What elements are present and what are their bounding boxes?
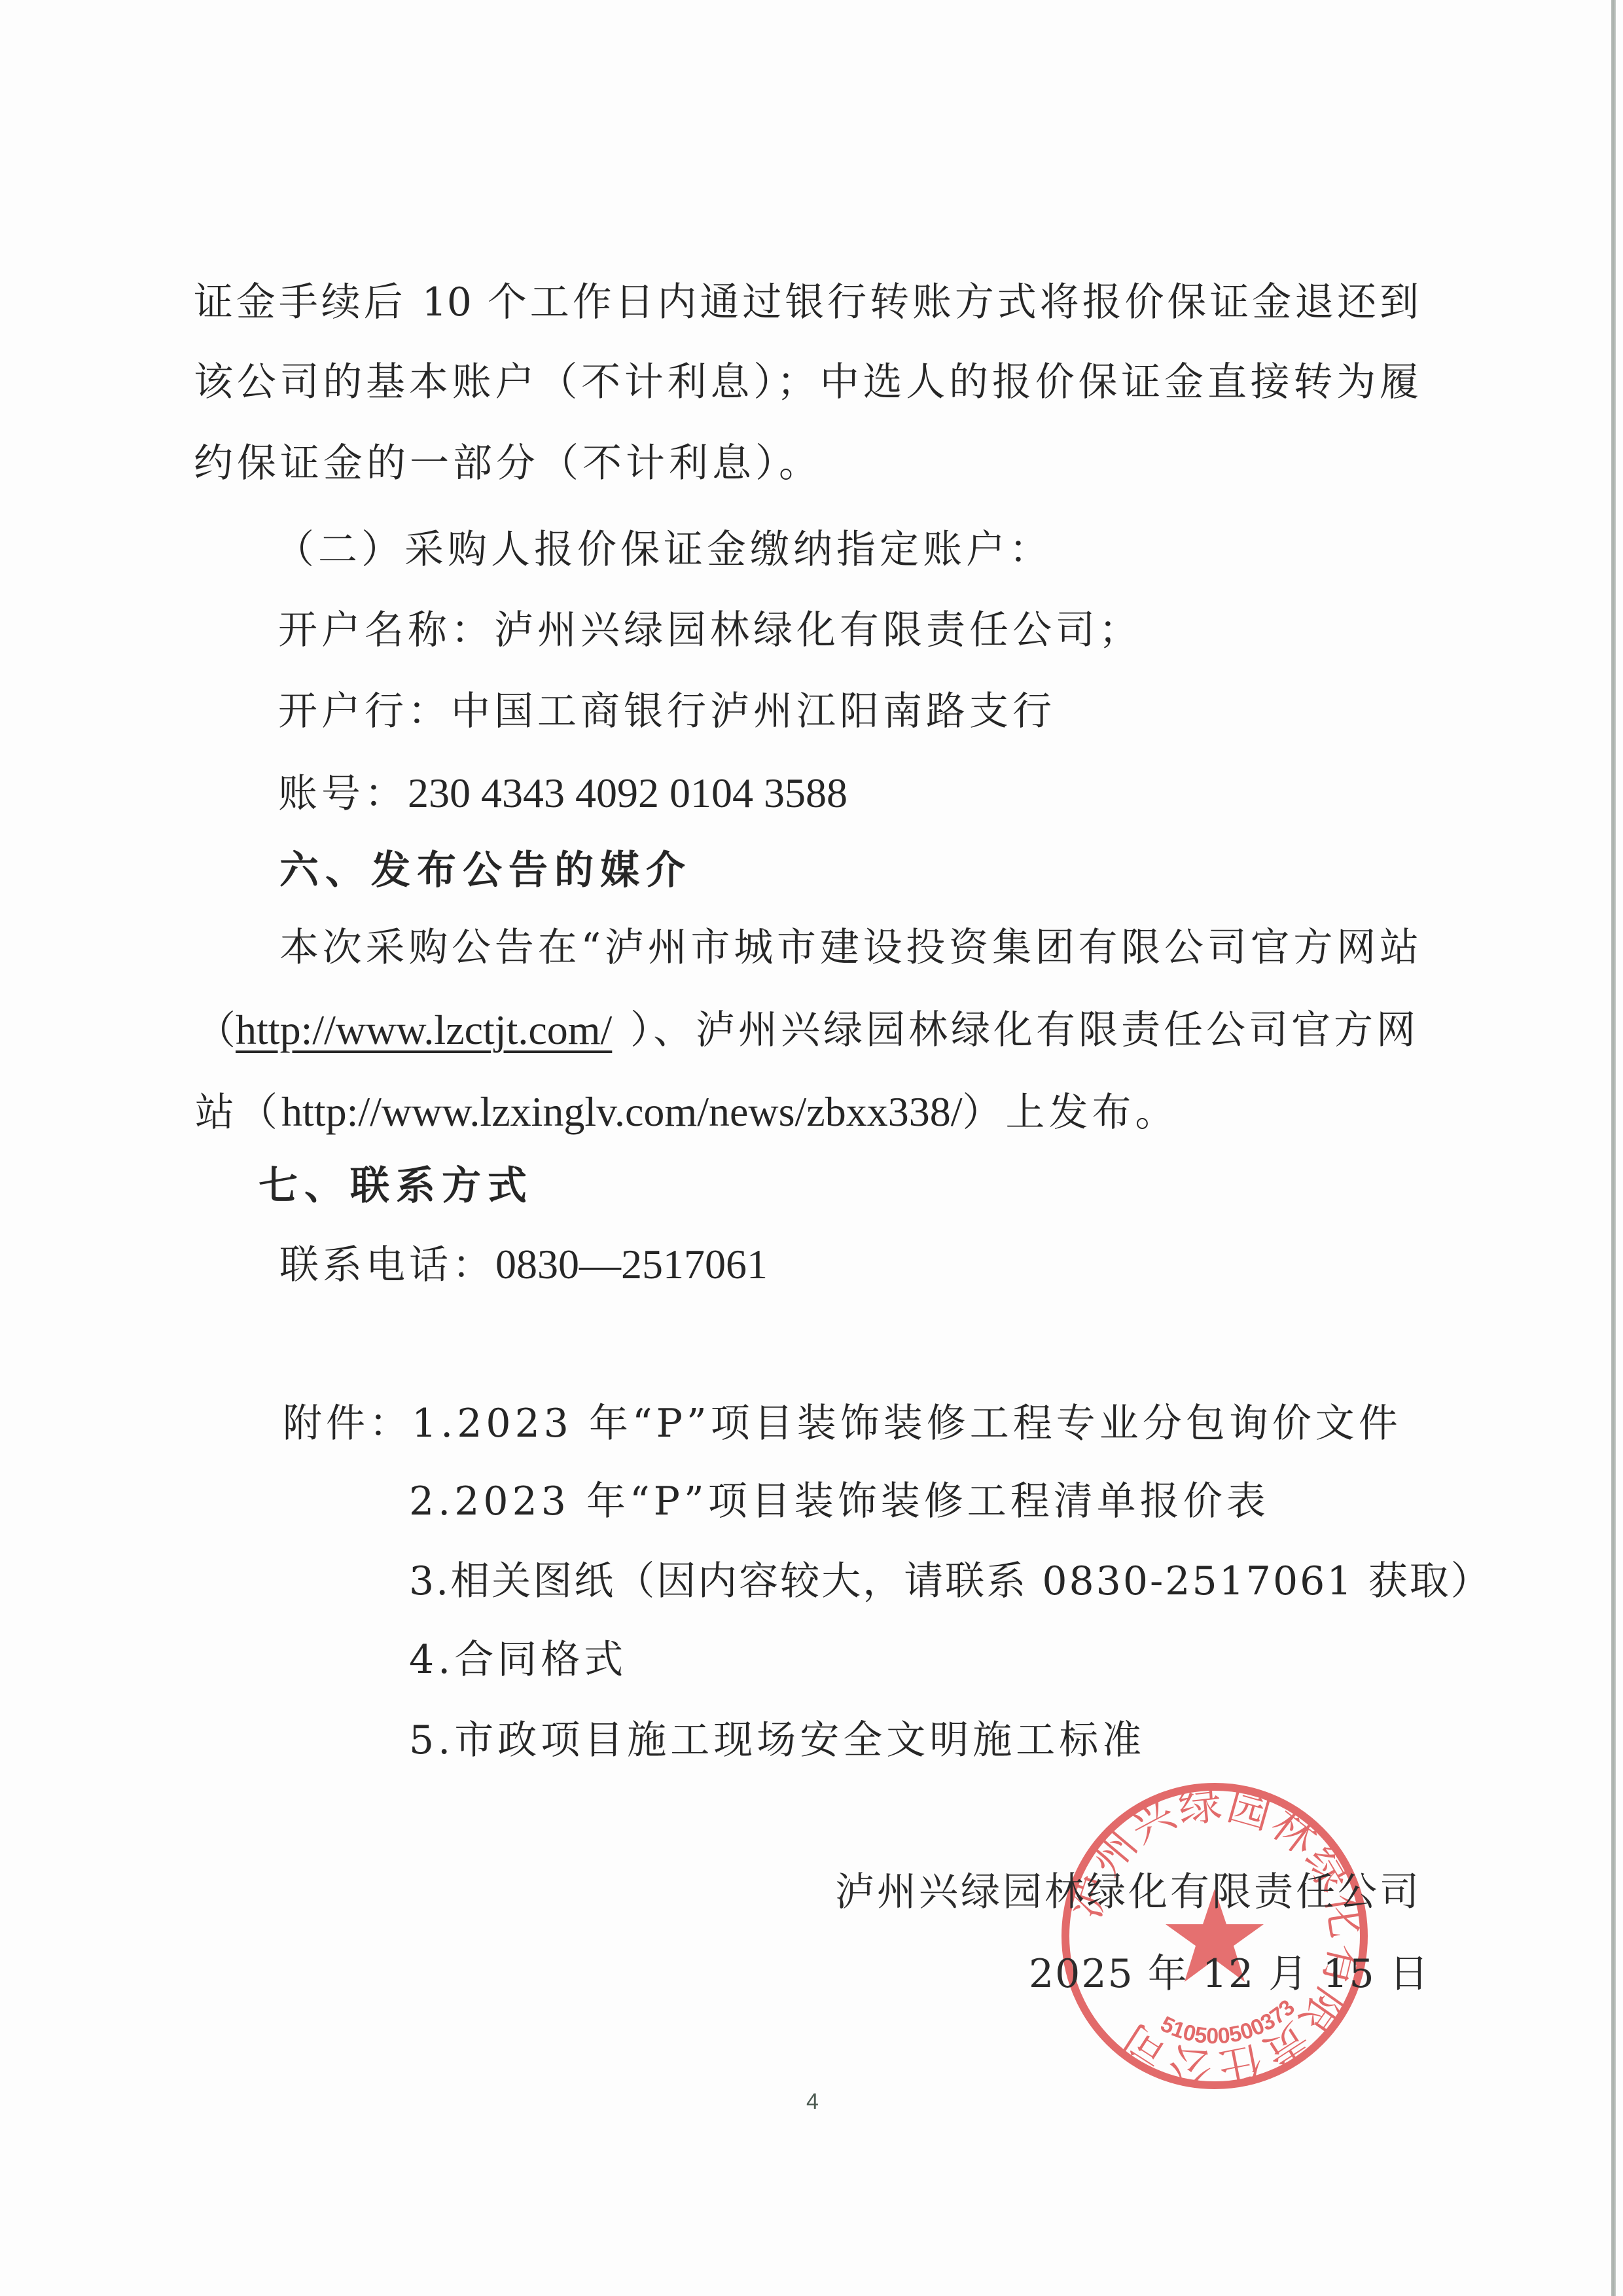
attachment-item: 3.相关图纸（因内容较大，请联系 0830-2517061 获取） xyxy=(409,1558,1492,1605)
section-six-line: 站（http://www.lzxinglv.com/news/zbxx338/）… xyxy=(195,1088,1178,1136)
paragraph-line: 该公司的基本账户（不计利息）；中选人的报价保证金直接转为履 xyxy=(194,359,1419,406)
section-six-line-rest: ）、泸州兴绿园林绿化有限责任公司官方网 xyxy=(630,1007,1419,1054)
section-six-line: 本次采购公告在“泸州市城市建设投资集团有限公司官方网站 xyxy=(279,924,1419,971)
attachment-item: 4.合同格式 xyxy=(409,1636,627,1683)
bank-value: 中国工商银行泸州江阳南路支行 xyxy=(451,689,1056,734)
line-prefix: 站（ xyxy=(195,1090,281,1136)
page-number: 4 xyxy=(806,2089,819,2115)
line-suffix: ）上发布。 xyxy=(962,1090,1178,1136)
account-name-value: 泸州兴绿园林绿化有限责任公司； xyxy=(494,607,1142,653)
paragraph-line: 证金手续后 10 个工作日内通过银行转账方式将报价保证金退还到 xyxy=(194,279,1419,326)
document-page: 证金手续后 10 个工作日内通过银行转账方式将报价保证金退还到 该公司的基本账户… xyxy=(0,0,1623,2296)
open-paren: （ xyxy=(196,1008,236,1054)
signature-company: 泸州兴绿园林绿化有限责任公司 xyxy=(819,1869,1421,1916)
account-name-label: 开户名称： xyxy=(278,607,494,653)
section-seven-heading: 七、联系方式 xyxy=(259,1162,533,1210)
attachment-item: 2.2023 年“P”项目装饰装修工程清单报价表 xyxy=(409,1478,1270,1525)
seal-code: 510500500373 xyxy=(1156,1995,1300,2049)
phone-value: 0830—2517061 xyxy=(495,1241,768,1287)
svg-text:510500500373: 510500500373 xyxy=(1156,1995,1300,2049)
official-seal: 泸州兴绿园林绿化有限责任公司 510500500373 xyxy=(1058,1779,1372,2093)
seal-ring-icon xyxy=(1065,1787,1364,2085)
account-number-value: 230 4343 4092 0104 3588 xyxy=(408,770,847,816)
section-six-heading: 六、发布公告的媒介 xyxy=(279,847,692,894)
bank-label: 开户行： xyxy=(278,689,451,734)
contact-phone-row: 联系电话：0830—2517061 xyxy=(279,1241,768,1289)
link-lzctjt[interactable]: http://www.lzctjt.com/ xyxy=(236,1007,612,1053)
bank-row: 开户行：中国工商银行泸州江阳南路支行 xyxy=(278,688,1056,735)
account-number-row: 账号：230 4343 4092 0104 3588 xyxy=(278,770,847,817)
signature-date: 2025 年 12 月 15 日 xyxy=(1029,1950,1421,1998)
scan-edge-line xyxy=(1611,0,1616,2296)
svg-text:泸州兴绿园林绿化有限责任公司: 泸州兴绿园林绿化有限责任公司 xyxy=(1059,1779,1372,2093)
link-lzxinglv[interactable]: http://www.lzxinglv.com/news/zbxx338/ xyxy=(281,1088,962,1135)
deposit-account-title: （二）采购人报价保证金缴纳指定账户： xyxy=(275,526,1052,573)
phone-label: 联系电话： xyxy=(279,1242,495,1288)
attachment-item: 5.市政项目施工现场安全文明施工标准 xyxy=(409,1717,1145,1764)
account-name-row: 开户名称：泸州兴绿园林绿化有限责任公司； xyxy=(278,607,1142,654)
seal-ring-text: 泸州兴绿园林绿化有限责任公司 xyxy=(1059,1779,1372,2093)
account-number-label: 账号： xyxy=(278,771,408,817)
attachment-item: 1.2023 年“P”项目装饰装修工程专业分包询价文件 xyxy=(412,1400,1402,1447)
section-six-line: （http://www.lzctjt.com/ ）、泸州兴绿园林绿化有限责任公司… xyxy=(196,1007,1419,1054)
attachments-label: 附件： xyxy=(283,1400,412,1447)
paragraph-line: 约保证金的一部分（不计利息）。 xyxy=(194,440,822,487)
